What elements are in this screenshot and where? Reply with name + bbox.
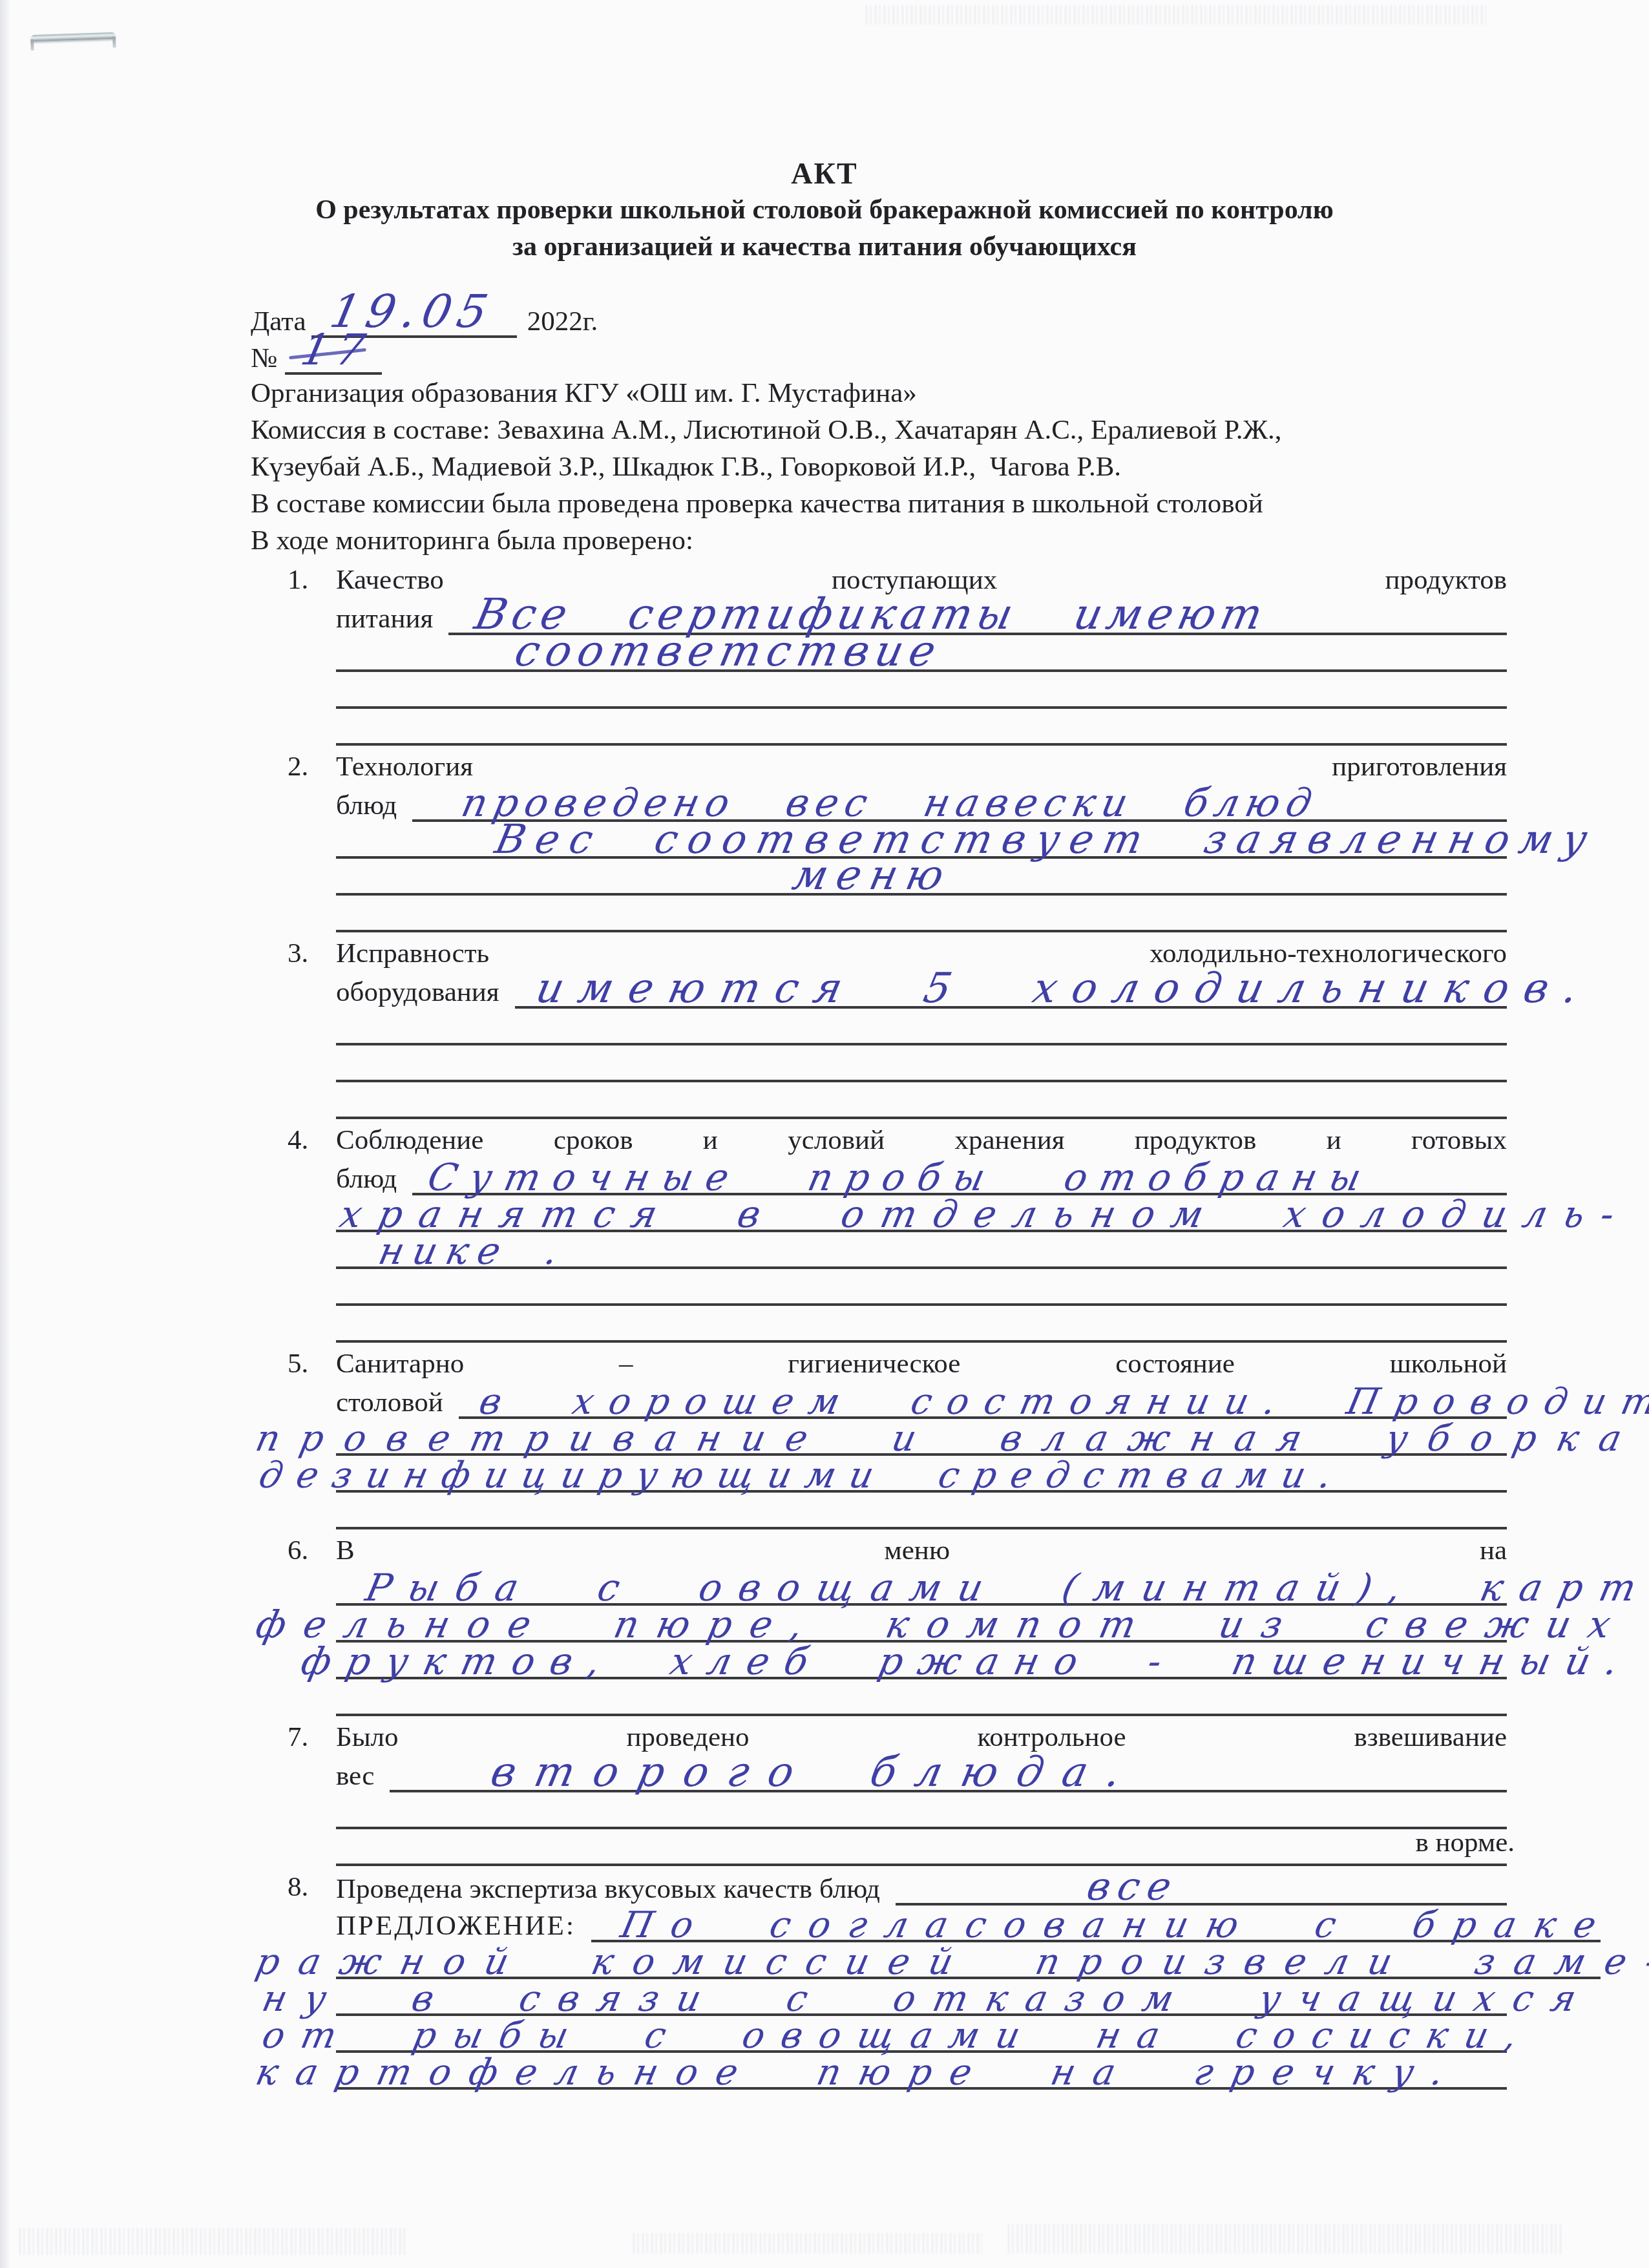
commission-line-2: Күзеубай А.Б., Мадиевой З.Р., Шкадюк Г.В… [251, 448, 1507, 485]
checklist-item-1: 1. Качество поступающих продуктов питани… [251, 562, 1507, 746]
ruled-line-row: ражной комиссией произвели заме- [336, 1942, 1507, 1979]
checklist-item-7: 7. Было проведено контрольное взвешивани… [251, 1719, 1507, 1866]
item-number: 7. [288, 1719, 308, 1756]
number-row: № 17 [251, 338, 1507, 375]
year-suffix: 2022г. [527, 308, 598, 338]
item-lead-word: столовой [336, 1389, 446, 1419]
ruled-line-row [336, 672, 1507, 709]
checklist-item-6: 6. В меню на Рыба с овощами (минтай), ка… [251, 1532, 1507, 1716]
item-heading: Технология приготовления [336, 748, 1507, 785]
commission-line-1: Комиссия в составе: Зевахина А.М., Лисют… [251, 412, 1507, 448]
ruled-line: все [896, 1866, 1507, 1906]
checklist-item-8: 8. Проведена экспертиза вкусовых качеств… [251, 1869, 1507, 2090]
item-number: 1. [288, 562, 308, 598]
checklist-item-4: 4. Соблюдение сроков и условий хранения … [251, 1122, 1507, 1343]
ruled-line-row: столовой в хорошем состоянии. Проводится [336, 1382, 1507, 1419]
ruled-line-row [336, 1679, 1507, 1716]
ruled-line-row: оборудования имеются 5 холодильников. [336, 972, 1507, 1009]
ruled-line-row: проветривание и влажная уборка [336, 1419, 1507, 1456]
handwritten-entry: проветривание и влажная уборка [252, 1418, 1646, 1460]
title-block: АКТ О результатах проверки школьной стол… [0, 155, 1649, 266]
ruled-line-row [336, 1306, 1507, 1343]
ruled-line-row [336, 1082, 1507, 1119]
norm-label: в норме. [1416, 1827, 1515, 1858]
ruled-line: По согласованию с браке [591, 1903, 1601, 1942]
ruled-line: картофельное пюре на гречку. [336, 2050, 1507, 2090]
scan-edge-shadow [0, 0, 10, 2268]
ruled-line-row: фруктов, хлеб ржано - пшеничный. [336, 1643, 1507, 1679]
ruled-line: в хорошем состоянии. Проводится [459, 1380, 1507, 1419]
document-body: АКТ О результатах проверки школьной стол… [0, 155, 1649, 2090]
summary-line: В составе комиссии была проведена провер… [251, 485, 1507, 522]
ruled-line-row: Проведена экспертиза вкусовых качеств бл… [336, 1869, 1507, 1906]
ruled-line: дезинфицирующими средствами. [336, 1453, 1507, 1493]
ruled-line: фруктов, хлеб ржано - пшеничный. [336, 1640, 1507, 1679]
ruled-line: проветривание и влажная уборка [336, 1416, 1507, 1456]
ruled-line-row: нике . [336, 1232, 1507, 1269]
item-number: 2. [288, 748, 308, 785]
item-heading: Санитарно – гигиеническое состояние школ… [336, 1345, 1507, 1382]
item-lead-word: блюд [336, 1165, 399, 1195]
ruled-line-row: фельное пюре, компот из свежих [336, 1606, 1507, 1643]
item-number: 8. [288, 1869, 308, 1906]
document-subtitle-line2: за организацией и качества питания обуча… [0, 229, 1649, 266]
ruled-line: Суточные пробы отобраны [412, 1156, 1507, 1195]
ruled-line [336, 706, 1507, 746]
item-number: 5. [288, 1345, 308, 1382]
handwritten-number: 17 [297, 325, 377, 375]
checklist-item-3: 3. Исправность холодильно-технологическо… [251, 935, 1507, 1119]
ruled-line-row: соответствие [336, 635, 1507, 672]
handwritten-entry: от рыбы с овощами на сосиски, [258, 2015, 1538, 2057]
checklist-item-2: 2. Технология приготовления блюд проведе… [251, 748, 1507, 932]
ruled-line [336, 1080, 1507, 1119]
ruled-line-row: хранятся в отдельном холодиль- [336, 1195, 1507, 1232]
ruled-line-row [336, 1493, 1507, 1529]
item-number: 6. [288, 1532, 308, 1569]
monitoring-line: В ходе мониторинга была проверено: [251, 522, 1507, 559]
scan-smudge-bottom-center [633, 2233, 982, 2254]
document-subtitle-line1: О результатах проверки школьной столовой… [0, 192, 1649, 229]
item-number: 4. [288, 1122, 308, 1159]
ruled-line-row [336, 896, 1507, 932]
item-heading: Соблюдение сроков и условий хранения про… [336, 1122, 1507, 1159]
number-label: № [251, 344, 277, 375]
checklist-item-5: 5. Санитарно – гигиеническое состояние ш… [251, 1345, 1507, 1529]
number-blank-line: 17 [285, 335, 382, 375]
organization-line: Организация образования КГУ «ОШ им. Г. М… [251, 375, 1507, 412]
handwritten-entry: второго блюда. [487, 1748, 1144, 1796]
ruled-line: Рыба с овощами (минтай), карто- [336, 1566, 1507, 1606]
item-heading: В меню на [336, 1532, 1507, 1569]
document-title: АКТ [0, 155, 1649, 192]
ruled-line: фельное пюре, компот из свежих [336, 1603, 1507, 1643]
ruled-line: ражной комиссией произвели заме- [336, 1940, 1601, 1979]
ruled-line-row: ПРЕДЛОЖЕНИЕ: По согласованию с браке [336, 1906, 1507, 1942]
ruled-line-row: меню [336, 859, 1507, 896]
handwritten-entry: ражной комиссией произвели заме- [252, 1941, 1649, 1983]
handwritten-entry: дезинфицирующими средствами. [255, 1454, 1350, 1496]
ruled-line [336, 1303, 1507, 1343]
item-lead-word: вес [336, 1762, 377, 1792]
item-lead-word: питания [336, 605, 436, 635]
ruled-line: от рыбы с овощами на сосиски, [336, 2013, 1507, 2053]
ruled-line-row: вес второго блюда. [336, 1756, 1507, 1792]
ruled-line-row: ну в связи с отказом учащихся [336, 1979, 1507, 2016]
item-lead-word: оборудования [336, 978, 502, 1009]
handwritten-entry: все [1083, 1864, 1183, 1909]
ruled-line: второго блюда. [390, 1753, 1507, 1792]
item-heading: Проведена экспертиза вкусовых качеств бл… [336, 1875, 883, 1906]
proposal-label: ПРЕДЛОЖЕНИЕ: [336, 1912, 578, 1942]
handwritten-entry: в хорошем состоянии. Проводится [476, 1381, 1649, 1423]
scan-smudge-bottom-left [19, 2228, 407, 2255]
ruled-line-row: Рыба с овощами (минтай), карто- [336, 1569, 1507, 1606]
ruled-line-row: картофельное пюре на гречку. [336, 2053, 1507, 2090]
ruled-line: в норме. [336, 1827, 1507, 1866]
scan-smudge-top [866, 5, 1486, 25]
ruled-line-row [336, 709, 1507, 746]
ruled-line: хранятся в отдельном холодиль- [336, 1193, 1507, 1232]
ruled-line-row: от рыбы с овощами на сосиски, [336, 2016, 1507, 2053]
handwritten-entry: соответствие [510, 626, 947, 676]
ruled-line-row: дезинфицирующими средствами. [336, 1456, 1507, 1493]
ruled-line-row [336, 1792, 1507, 1829]
handwritten-entry: По согласованию с браке [617, 1904, 1618, 1946]
scan-smudge-bottom-right [1008, 2224, 1564, 2254]
ruled-line-row: блюд Суточные пробы отобраны [336, 1159, 1507, 1195]
date-label: Дата [251, 308, 306, 338]
handwritten-entry: меню [788, 852, 957, 899]
ruled-line-row [336, 1269, 1507, 1306]
handwritten-entry: картофельное пюре на гречку. [252, 2052, 1465, 2094]
handwritten-entry: Вес соответствует заявленному [491, 815, 1602, 863]
scanned-document-page: АКТ О результатах проверки школьной стол… [0, 0, 1649, 2268]
item-number: 3. [288, 935, 308, 972]
item-lead-word: блюд [336, 792, 399, 822]
ruled-line-row: в норме. [336, 1829, 1507, 1866]
handwritten-entry: ну в связи с отказом учащихся [258, 1978, 1598, 2020]
handwritten-entry: имеются 5 холодильников. [532, 965, 1598, 1013]
staple-icon [31, 32, 115, 42]
ruled-line: имеются 5 холодильников. [515, 969, 1507, 1009]
handwritten-entry: нике . [375, 1229, 571, 1273]
handwritten-entry: фруктов, хлеб ржано - пшеничный. [297, 1639, 1637, 1683]
ruled-line-row [336, 1045, 1507, 1082]
ruled-line [336, 1043, 1507, 1082]
date-row: Дата 19.05 2022г. [251, 301, 1507, 338]
ruled-line: ну в связи с отказом учащихся [336, 1977, 1507, 2016]
ruled-line-row [336, 1009, 1507, 1045]
